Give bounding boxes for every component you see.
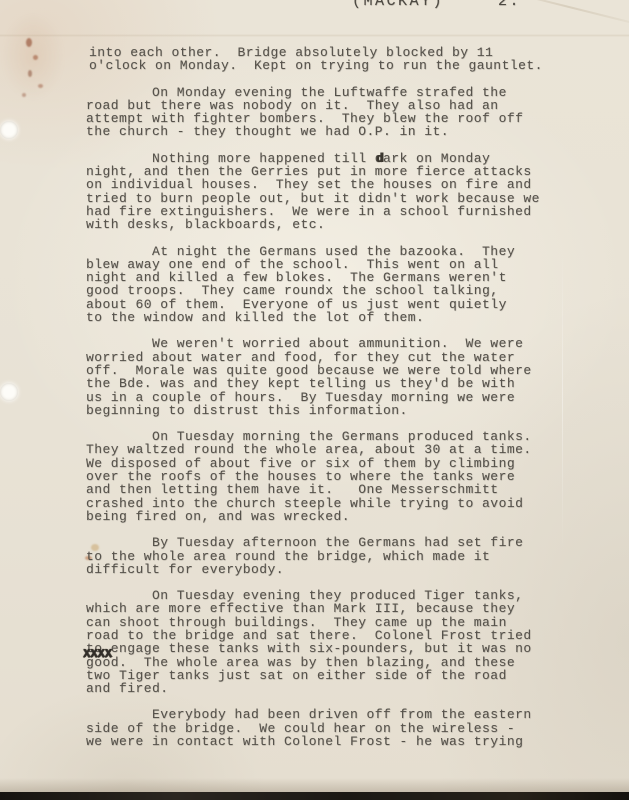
foxing-stain	[28, 70, 32, 77]
paragraph: We weren't worried about ammunition. We …	[86, 337, 586, 417]
paragraph: On Monday evening the Luftwaffe strafed …	[86, 86, 586, 139]
paragraph: On Tuesday morning the Germans produced …	[86, 430, 586, 523]
punch-hole-icon	[0, 383, 18, 401]
paragraph: Everybody had been driven off from the e…	[86, 708, 586, 748]
foxing-stain	[33, 55, 38, 60]
author-label: (MACKAY)	[352, 0, 444, 10]
scan-edge	[0, 792, 629, 800]
foxing-stain	[22, 93, 26, 97]
foxing-stain	[26, 38, 32, 47]
document-body: into each other. Bridge absolutely block…	[86, 46, 586, 761]
foxing-stain	[38, 84, 43, 88]
paragraph: On Tuesday evening they produced Tiger t…	[86, 589, 586, 695]
overstruck-letter: d	[376, 152, 384, 165]
paragraph: By Tuesday afternoon the Germans had set…	[86, 536, 586, 576]
page-bottom-shadow	[0, 778, 629, 792]
paragraph: into each other. Bridge absolutely block…	[89, 46, 586, 73]
paragraph: At night the Germans used the bazooka. T…	[86, 245, 586, 325]
punch-hole-icon	[0, 121, 18, 139]
paper-crease	[0, 34, 629, 37]
page-header: (MACKAY) 2.	[0, 0, 629, 13]
page-number: 2.	[498, 0, 521, 10]
overstrike-correction: XXXX	[83, 648, 112, 661]
paragraph: Nothing more happened till dark on Monda…	[86, 152, 586, 232]
